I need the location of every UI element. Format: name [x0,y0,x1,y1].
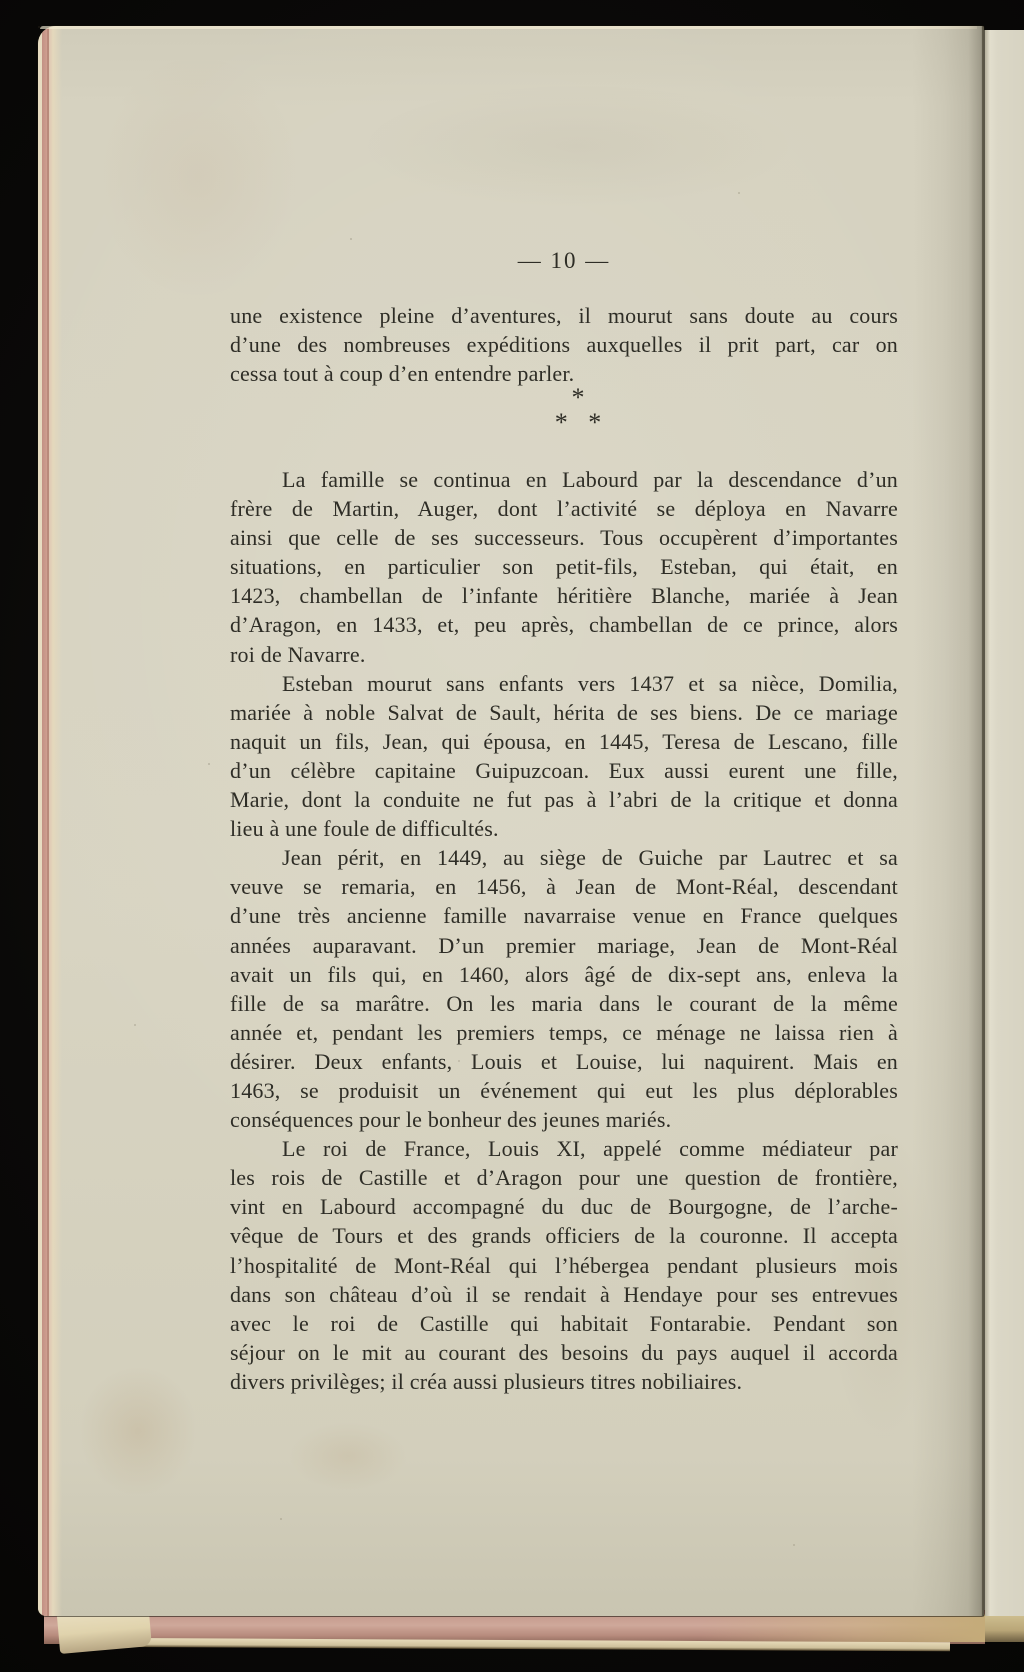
text-line: séjour on le mit au courant des besoins … [230,1338,898,1367]
text-line: conséquences pour le bonheur des jeunes … [230,1105,898,1134]
text-line: roi de Navarre. [230,640,898,669]
paragraph: Jean périt, en 1449, au siège de Guiche … [230,843,898,1134]
text-line: d’un célèbre capitaine Guipuzcoan. Eux a… [230,756,898,785]
text-line: fille de sa marâtre. On les maria dans l… [230,989,898,1018]
text-line: veuve se remaria, en 1456, à Jean de Mon… [230,872,898,901]
text-line: frère de Martin, Auger, dont l’activité … [230,494,898,523]
text-line: divers privilèges; il créa aussi plusieu… [230,1367,898,1396]
adjacent-page-bottom-edge [984,1616,1024,1642]
text-line: d’Aragon, en 1433, et, peu après, chambe… [230,610,898,639]
paragraph: Esteban mourut sans enfants vers 1437 et… [230,669,898,844]
separator-asterisk-bottom: * * [244,410,912,436]
text-line: années auparavant. D’un premier mariage,… [230,931,898,960]
text-line: 1423, chambellan de l’infante héritière … [230,581,898,610]
paragraph-block: La famille se continua en Labourd par la… [230,465,898,1396]
text-line: Jean périt, en 1449, au siège de Guiche … [230,843,898,872]
text-line: les rois de Castille et d’Aragon pour un… [230,1163,898,1192]
text-line: vint en Labourd accompagné du duc de Bou… [230,1192,898,1221]
text-line: 1463, se produisit un événement qui eut … [230,1076,898,1105]
text-line: l’hospitalité de Mont-Réal qui l’héberge… [230,1251,898,1280]
book-page: — 10 — une existence pleine d’aventures,… [38,26,984,1616]
text-line: Esteban mourut sans enfants vers 1437 et… [230,669,898,698]
text-line: La famille se continua en Labourd par la… [230,465,898,494]
text-line: avait un fils qui, en 1460, alors âgé de… [230,960,898,989]
text-line: ainsi que celle de ses successeurs. Tous… [230,523,898,552]
page-stack-bottom-edge-gilt [700,1614,985,1642]
separator-asterisk-top: * [244,386,912,410]
text-line: Marie, dont la conduite ne fut pas à l’a… [230,785,898,814]
text-line: avec le roi de Castille qui habitait Fon… [230,1309,898,1338]
text-line: dans son château d’où il se rendait à He… [230,1280,898,1309]
text-line: d’une des nombreuses expéditions auxquel… [230,330,898,359]
text-line: naquit un fils, Jean, qui épousa, en 144… [230,727,898,756]
text-line: cessa tout à coup d’en entendre parler. [230,359,898,388]
text-line: d’une très ancienne famille navarraise v… [230,901,898,930]
page-number: — 10 — [230,248,898,274]
text-line: mariée à noble Salvat de Sault, hérita d… [230,698,898,727]
paragraph-block: une existence pleine d’aventures, il mou… [230,301,898,388]
paragraph: La famille se continua en Labourd par la… [230,465,898,669]
section-separator: * * * [244,386,912,436]
scan-background: — 10 — une existence pleine d’aventures,… [0,0,1024,1672]
text-line: une existence pleine d’aventures, il mou… [230,301,898,330]
text-line: situations, en particulier son petit-fil… [230,552,898,581]
adjacent-page-edge [984,30,1024,1622]
paragraph: Le roi de France, Louis XI, appelé comme… [230,1134,898,1396]
text-line: lieu à une foule de difficultés. [230,814,898,843]
paragraph: une existence pleine d’aventures, il mou… [230,301,898,388]
page-content: — 10 — une existence pleine d’aventures,… [38,26,984,1616]
text-line: Le roi de France, Louis XI, appelé comme… [230,1134,898,1163]
text-line: désirer. Deux enfants, Louis et Louise, … [230,1047,898,1076]
text-line: année et, pendant les premiers temps, ce… [230,1018,898,1047]
text-line: vêque de Tours et des grands officiers d… [230,1221,898,1250]
